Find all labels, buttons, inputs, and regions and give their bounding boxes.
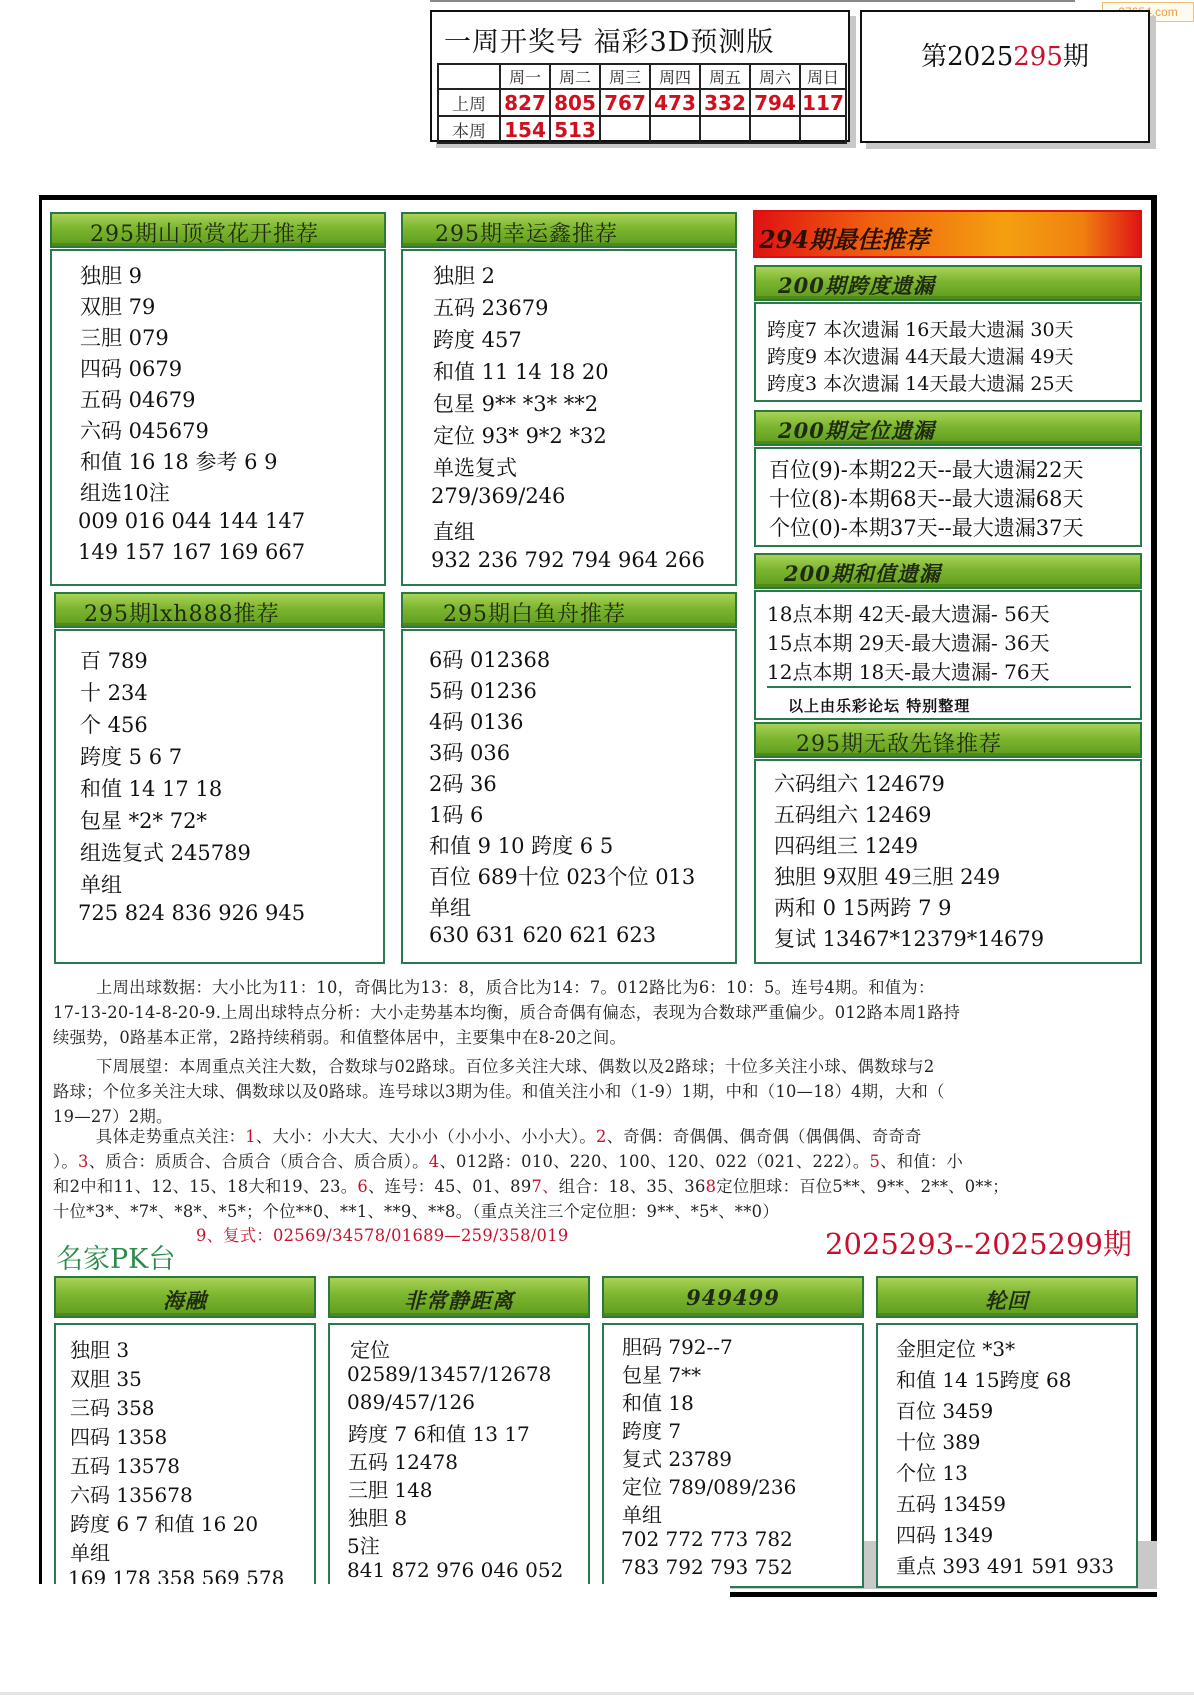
list-item: 四码 1358 bbox=[70, 1421, 167, 1450]
list-item: 组选复式 245789 bbox=[80, 837, 251, 867]
panel-body: 独胆 3 双胆 35 三码 358 四码 1358 五码 13578 六码 13… bbox=[54, 1323, 316, 1584]
list-item: 五码 13578 bbox=[70, 1450, 180, 1479]
list-item: 149 157 167 169 667 bbox=[78, 540, 305, 564]
list-item: 独胆 8 bbox=[348, 1502, 407, 1531]
draw-number: 473 bbox=[650, 89, 700, 116]
list-item: 五码 23679 bbox=[433, 292, 548, 322]
panel-title: 295期无敌先锋推荐 bbox=[796, 727, 1002, 758]
draw-number bbox=[650, 116, 700, 143]
list-item: 和值 14 15跨度 68 bbox=[896, 1364, 1071, 1393]
analysis-line: 9、复式：02569/34578/01689—259/358/019 bbox=[196, 1222, 569, 1246]
list-item: 组选10注 bbox=[80, 477, 170, 507]
list-item: 跨度 7 6和值 13 17 bbox=[348, 1418, 530, 1447]
panel-position-miss: 200期定位遗漏 百位(9)-本期22天--最大遗漏22天 十位(8)-本期68… bbox=[754, 410, 1142, 547]
list-item: 包星 *2* 72* bbox=[80, 805, 207, 835]
list-item: 胆码 792--7 bbox=[622, 1331, 733, 1360]
list-item: 双胆 35 bbox=[70, 1363, 142, 1392]
weekly-draws-table: 周一 周二 周三 周四 周五 周六 周日 上周 827 805 767 473 … bbox=[437, 63, 847, 144]
list-item: 两和 0 15两跨 7 9 bbox=[774, 892, 952, 922]
list-item: 02589/13457/12678 bbox=[347, 1362, 551, 1386]
list-item: 十 234 bbox=[80, 677, 148, 707]
draw-number: 827 bbox=[500, 89, 550, 116]
list-item: 个位(0)-本期37天--最大遗漏37天 bbox=[769, 512, 1083, 542]
panel-body: 金胆定位 *3* 和值 14 15跨度 68 百位 3459 十位 389 个位… bbox=[876, 1323, 1138, 1588]
panel-title: 非常静距离 bbox=[330, 1285, 588, 1315]
analysis-text: 具体走势重点关注： bbox=[96, 1127, 245, 1146]
issue-number-card: 第2025295期 bbox=[860, 10, 1150, 143]
panel-header: 海融 bbox=[54, 1276, 316, 1318]
list-item: 复试 13467*12379*14679 bbox=[774, 923, 1044, 953]
issue-number: 第2025295期 bbox=[862, 36, 1148, 73]
list-item: 个位 13 bbox=[896, 1457, 968, 1486]
list-item: 四码组三 1249 bbox=[774, 830, 918, 860]
list-item: 独胆 2 bbox=[433, 260, 495, 290]
list-item: 百位 689十位 023个位 013 bbox=[429, 861, 695, 891]
draw-number bbox=[700, 116, 750, 143]
divider bbox=[767, 686, 1131, 688]
list-item: 四码 1349 bbox=[896, 1519, 993, 1548]
draw-number: 794 bbox=[750, 89, 800, 116]
panel-lxh888: 295期lxh888推荐 百 789 十 234 个 456 跨度 5 6 7 … bbox=[54, 592, 385, 964]
draw-number bbox=[800, 116, 846, 143]
list-item: 十位 389 bbox=[896, 1426, 981, 1455]
panel-title: 轮回 bbox=[878, 1285, 1136, 1315]
draw-number: 805 bbox=[550, 89, 600, 116]
panel-body: 胆码 792--7 包星 7** 和值 18 跨度 7 复式 23789 定位 … bbox=[602, 1323, 864, 1588]
analysis-line: 17-13-20-14-8-20-9.上周出球特点分析：大小走势基本均衡，质合奇… bbox=[53, 999, 960, 1023]
list-item: 5码 01236 bbox=[429, 675, 537, 705]
item-number: 2 bbox=[596, 1127, 607, 1146]
draw-number: 154 bbox=[500, 116, 550, 143]
panel-header: 非常静距离 bbox=[328, 1276, 590, 1318]
analysis-line: 十位*3*、*7*、*8*、*5*；个位**0、**1、**9、**8。（重点关… bbox=[53, 1198, 779, 1222]
panel-title: 949499 bbox=[604, 1285, 862, 1310]
analysis-text: ）。 bbox=[53, 1152, 78, 1171]
list-item: 复式 23789 bbox=[622, 1443, 732, 1472]
panel-header: 200期和值遗漏 bbox=[754, 553, 1142, 589]
analysis-line: 和2中和11、12、15、18大和19、23。6、连号：45、01、897、组合… bbox=[53, 1173, 1009, 1197]
list-item: 独胆 3 bbox=[70, 1334, 129, 1363]
list-item: 百 789 bbox=[80, 645, 148, 675]
panel-baiyuzhou: 295期白鱼舟推荐 6码 012368 5码 01236 4码 0136 3码 … bbox=[401, 592, 737, 964]
panel-header: 轮回 bbox=[876, 1276, 1138, 1318]
frame-bottom-rule bbox=[730, 1592, 1157, 1597]
panel-body: 百 789 十 234 个 456 跨度 5 6 7 和值 14 17 18 包… bbox=[54, 629, 385, 964]
day-header: 周五 bbox=[700, 64, 750, 89]
list-item: 六码组六 124679 bbox=[774, 768, 945, 798]
list-item: 定位 789/089/236 bbox=[622, 1471, 796, 1500]
day-header: 周四 bbox=[650, 64, 700, 89]
analysis-text: 和2中和11、12、15、18大和19、23。 bbox=[53, 1177, 357, 1196]
list-item: 5注 bbox=[347, 1530, 380, 1559]
pk-column-hairong: 海融 独胆 3 双胆 35 三码 358 四码 1358 五码 13578 六码… bbox=[54, 1276, 316, 1584]
list-item: 个 456 bbox=[80, 709, 148, 739]
list-item: 630 631 620 621 623 bbox=[429, 923, 656, 947]
list-item: 单组 bbox=[429, 892, 471, 922]
list-item: 和值 11 14 18 20 bbox=[433, 356, 609, 386]
panel-title: 200期定位遗漏 bbox=[778, 415, 935, 445]
top-rule bbox=[430, 0, 1075, 2]
draw-number bbox=[750, 116, 800, 143]
list-item: 单组 bbox=[70, 1537, 110, 1566]
list-item: 783 792 793 752 bbox=[621, 1555, 793, 1579]
draw-number bbox=[600, 116, 650, 143]
pk-column-949499: 949499 胆码 792--7 包星 7** 和值 18 跨度 7 复式 23… bbox=[602, 1276, 864, 1588]
pk-column-feichangjingjuli: 非常静距离 定位 02589/13457/12678 089/457/126 跨… bbox=[328, 1276, 590, 1584]
list-item: 279/369/246 bbox=[431, 484, 565, 508]
list-item: 跨度7 本次遗漏 16天最大遗漏 30天 bbox=[767, 315, 1074, 342]
list-item: 五码 04679 bbox=[80, 384, 195, 414]
panel-title: 200期和值遗漏 bbox=[784, 558, 941, 588]
panel-body: 六码组六 124679 五码组六 12469 四码组三 1249 独胆 9双胆 … bbox=[754, 759, 1142, 964]
list-item: 009 016 044 144 147 bbox=[78, 509, 305, 533]
analysis-text: 定位胆球：百位5**、9**、2**、0**； bbox=[716, 1177, 1009, 1196]
list-item: 独胆 9双胆 49三胆 249 bbox=[774, 861, 1000, 891]
panel-body: 百位(9)-本期22天--最大遗漏22天 十位(8)-本期68天--最大遗漏68… bbox=[754, 447, 1142, 547]
panel-body: 独胆 2 五码 23679 跨度 457 和值 11 14 18 20 包星 9… bbox=[401, 249, 737, 586]
list-item: 932 236 792 794 964 266 bbox=[431, 548, 705, 572]
analysis-text: 、大小：小大大、大小小（小小小、小小大）。 bbox=[256, 1127, 596, 1146]
best-recommendation-title: 294期最佳推荐 bbox=[759, 220, 929, 255]
list-item: 四码 0679 bbox=[80, 353, 182, 383]
panel-header: 295期白鱼舟推荐 bbox=[401, 592, 737, 628]
weekly-draws-title: 一周开奖号 福彩3D预测版 bbox=[444, 20, 774, 59]
list-item: 包星 7** bbox=[622, 1359, 701, 1388]
panel-header: 295期lxh888推荐 bbox=[54, 592, 385, 628]
panel-shanding: 295期山顶赏花开推荐 独胆 9 双胆 79 三胆 079 四码 0679 五码… bbox=[50, 212, 386, 586]
item-number: 6 bbox=[357, 1177, 368, 1196]
list-item: 跨度 7 bbox=[622, 1415, 681, 1444]
list-item: 五码组六 12469 bbox=[774, 799, 931, 829]
list-item: 百位(9)-本期22天--最大遗漏22天 bbox=[769, 454, 1083, 484]
analysis-line: 路球；个位多关注大球、偶数球以及0路球。连号球以3期为佳。和值关注小和（1-9）… bbox=[53, 1078, 945, 1102]
list-item: 五码 13459 bbox=[896, 1488, 1006, 1517]
list-item: 和值 18 bbox=[622, 1387, 694, 1416]
day-header: 周三 bbox=[600, 64, 650, 89]
panel-title: 295期lxh888推荐 bbox=[84, 597, 280, 628]
list-item: 089/457/126 bbox=[347, 1390, 475, 1414]
list-item: 4码 0136 bbox=[429, 706, 523, 736]
table-row-last-week: 上周 827 805 767 473 332 794 117 bbox=[438, 89, 846, 116]
row-label: 本周 bbox=[438, 116, 500, 143]
panel-header: 295期山顶赏花开推荐 bbox=[50, 212, 386, 248]
list-item: 和值 9 10 跨度 6 5 bbox=[429, 830, 613, 860]
list-item: 直组 bbox=[433, 516, 475, 546]
panel-title: 295期白鱼舟推荐 bbox=[443, 597, 626, 628]
draw-number: 117 bbox=[800, 89, 846, 116]
credit-note: 以上由乐彩论坛 特别整理 bbox=[788, 695, 970, 716]
list-item: 15点本期 29天-最大遗漏- 36天 bbox=[767, 627, 1050, 656]
panel-title: 295期幸运鑫推荐 bbox=[435, 217, 618, 248]
list-item: 十位(8)-本期68天--最大遗漏68天 bbox=[769, 483, 1083, 513]
pk-section-title: 名家PK台 bbox=[56, 1237, 175, 1276]
item-number: 5 bbox=[870, 1152, 881, 1171]
analysis-line: 上周出球数据：大小比为11：10，奇偶比为13：8，质合比为14：7。012路比… bbox=[96, 974, 935, 998]
panel-body: 6码 012368 5码 01236 4码 0136 3码 036 2码 36 … bbox=[401, 629, 737, 964]
issue-highlight: 295 bbox=[1013, 42, 1063, 72]
item-number: 3 bbox=[78, 1152, 89, 1171]
analysis-text: 、012路：010、220、100、120、022（021、222）。 bbox=[439, 1152, 869, 1171]
list-item: 702 772 773 782 bbox=[621, 1527, 793, 1551]
weekly-draws-card: 一周开奖号 福彩3D预测版 周一 周二 周三 周四 周五 周六 周日 上周 82… bbox=[430, 10, 850, 142]
row-label: 上周 bbox=[438, 89, 500, 116]
analysis-line: 具体走势重点关注：1、大小：小大大、大小小（小小小、小小大）。2、奇偶：奇偶偶、… bbox=[96, 1123, 922, 1147]
page-bottom-line bbox=[0, 1692, 1194, 1695]
panel-body: 定位 02589/13457/12678 089/457/126 跨度 7 6和… bbox=[328, 1323, 590, 1584]
list-item: 三胆 079 bbox=[80, 322, 169, 352]
item-number: 7、 bbox=[532, 1177, 559, 1196]
panel-header: 200期跨度遗漏 bbox=[754, 265, 1142, 301]
panel-title: 200期跨度遗漏 bbox=[778, 270, 935, 300]
analysis-line: ）。3、质合：质质合、合质合（质合合、质合质）。4、012路：010、220、1… bbox=[53, 1148, 963, 1172]
list-item: 重点 393 491 591 933 bbox=[896, 1550, 1114, 1579]
list-item: 六码 045679 bbox=[80, 415, 209, 445]
list-item: 跨度9 本次遗漏 44天最大遗漏 49天 bbox=[767, 342, 1074, 369]
analysis-text: 、和值：小 bbox=[880, 1152, 963, 1171]
draw-number: 513 bbox=[550, 116, 600, 143]
day-header: 周六 bbox=[750, 64, 800, 89]
pk-column-lunhui: 轮回 金胆定位 *3* 和值 14 15跨度 68 百位 3459 十位 389… bbox=[876, 1276, 1138, 1588]
list-item: 841 872 976 046 052 bbox=[347, 1558, 563, 1582]
panel-span-miss: 200期跨度遗漏 跨度7 本次遗漏 16天最大遗漏 30天 跨度9 本次遗漏 4… bbox=[754, 265, 1142, 402]
page-cutoff bbox=[0, 1584, 730, 1694]
list-item: 定位 bbox=[350, 1334, 390, 1363]
analysis-text: 、奇偶：奇偶偶、偶奇偶（偶偶偶、奇奇奇 bbox=[607, 1127, 922, 1146]
list-item: 百位 3459 bbox=[896, 1395, 993, 1424]
list-item: 18点本期 42天-最大遗漏- 56天 bbox=[767, 598, 1050, 627]
list-item: 三胆 148 bbox=[348, 1474, 433, 1503]
issue-prefix: 第2025 bbox=[921, 42, 1013, 72]
panel-body: 独胆 9 双胆 79 三胆 079 四码 0679 五码 04679 六码 04… bbox=[50, 249, 386, 586]
list-item: 725 824 836 926 945 bbox=[78, 901, 305, 925]
analysis-text: 组合：18、35、36 bbox=[559, 1177, 706, 1196]
day-header: 周二 bbox=[550, 64, 600, 89]
draw-number: 332 bbox=[700, 89, 750, 116]
list-item: 定位 93* 9*2 *32 bbox=[433, 420, 607, 450]
list-item: 3码 036 bbox=[429, 737, 510, 767]
analysis-line: 续强势，0路基本正常，2路持续稍弱。和值整体居中，主要集中在8-20之间。 bbox=[53, 1024, 626, 1048]
list-item: 跨度 5 6 7 bbox=[80, 741, 182, 771]
list-item: 包星 9** *3* **2 bbox=[433, 388, 598, 418]
panel-body: 18点本期 42天-最大遗漏- 56天 15点本期 29天-最大遗漏- 36天 … bbox=[754, 590, 1142, 720]
list-item: 12点本期 18天-最大遗漏- 76天 bbox=[767, 656, 1050, 685]
corner-cell bbox=[438, 64, 500, 89]
panel-header: 295期幸运鑫推荐 bbox=[401, 212, 737, 248]
analysis-text: 、连号：45、01、89 bbox=[368, 1177, 531, 1196]
list-item: 和值 14 17 18 bbox=[80, 773, 222, 803]
list-item: 单组 bbox=[80, 869, 122, 899]
panel-header: 200期定位遗漏 bbox=[754, 410, 1142, 446]
panel-wudi: 295期无敌先锋推荐 六码组六 124679 五码组六 12469 四码组三 1… bbox=[754, 722, 1142, 964]
panel-title: 295期山顶赏花开推荐 bbox=[90, 217, 319, 248]
list-item: 6码 012368 bbox=[429, 644, 550, 674]
list-item: 三码 358 bbox=[70, 1392, 155, 1421]
panel-xingyunxin: 295期幸运鑫推荐 独胆 2 五码 23679 跨度 457 和值 11 14 … bbox=[401, 212, 737, 586]
panel-header: 295期无敌先锋推荐 bbox=[754, 722, 1142, 758]
list-item: 2码 36 bbox=[429, 768, 497, 798]
list-item: 单组 bbox=[622, 1499, 662, 1528]
item-number: 1 bbox=[245, 1127, 256, 1146]
list-item: 双胆 79 bbox=[80, 291, 155, 321]
item-number: 8 bbox=[706, 1177, 717, 1196]
list-item: 和值 16 18 参考 6 9 bbox=[80, 446, 278, 476]
best-recommendation-header: 294期最佳推荐 bbox=[753, 210, 1142, 258]
draw-number: 767 bbox=[600, 89, 650, 116]
list-item: 金胆定位 *3* bbox=[896, 1333, 1015, 1362]
period-range: 2025293--2025299期 bbox=[825, 1222, 1132, 1263]
table-row-this-week: 本周 154 513 bbox=[438, 116, 846, 143]
list-item: 1码 6 bbox=[429, 799, 483, 829]
item-number: 4 bbox=[429, 1152, 440, 1171]
list-item: 单选复式 bbox=[433, 452, 517, 482]
list-item: 五码 12478 bbox=[348, 1446, 458, 1475]
day-header: 周一 bbox=[500, 64, 550, 89]
panel-title: 海融 bbox=[56, 1285, 314, 1315]
list-item: 独胆 9 bbox=[80, 260, 142, 290]
panel-header: 949499 bbox=[602, 1276, 864, 1318]
list-item: 跨度3 本次遗漏 14天最大遗漏 25天 bbox=[767, 369, 1074, 396]
day-header: 周日 bbox=[800, 64, 846, 89]
panel-body: 跨度7 本次遗漏 16天最大遗漏 30天 跨度9 本次遗漏 44天最大遗漏 49… bbox=[754, 302, 1142, 402]
list-item: 跨度 6 7 和值 16 20 bbox=[70, 1508, 258, 1537]
panel-sum-miss: 200期和值遗漏 18点本期 42天-最大遗漏- 56天 15点本期 29天-最… bbox=[754, 553, 1142, 720]
analysis-text: 、质合：质质合、合质合（质合合、质合质）。 bbox=[89, 1152, 429, 1171]
issue-suffix: 期 bbox=[1063, 42, 1089, 72]
list-item: 跨度 457 bbox=[433, 324, 522, 354]
list-item: 六码 135678 bbox=[70, 1479, 193, 1508]
analysis-line: 下周展望：本周重点关注大数，合数球与02路球。百位多关注大球、偶数以及2路球；十… bbox=[96, 1053, 935, 1077]
